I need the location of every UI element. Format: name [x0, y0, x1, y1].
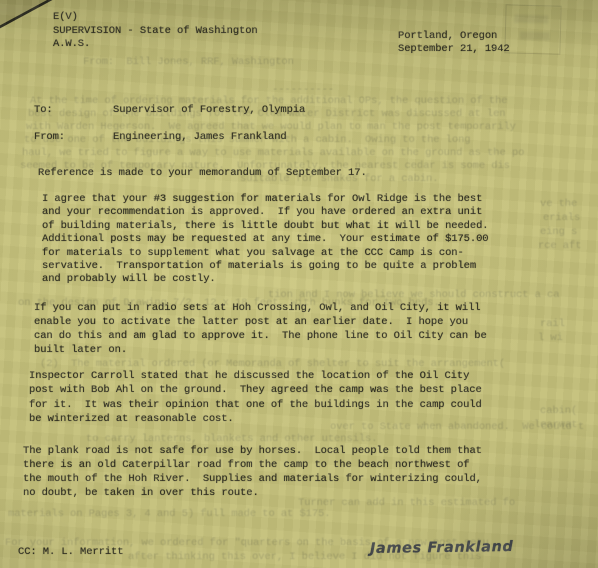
stamp-smudge — [520, 32, 550, 41]
dateline-city: Portland, Oregon — [398, 30, 497, 43]
reference-line: Reference is made to your memorandum of … — [38, 167, 367, 180]
cc-line: CC: M. L. Merritt — [18, 546, 123, 559]
to-value: Supervisor of Forestry, Olympia — [113, 104, 305, 117]
body-paragraph-4: The plank road is not safe for use by ho… — [23, 444, 583, 500]
bleedthrough-text: From: Bill Jones, RRF, Washington — [83, 56, 294, 68]
bleedthrough-text: haul, we tried to figure a way to use ma… — [22, 147, 524, 159]
from-value: Engineering, James Frankland — [113, 131, 287, 144]
dateline-date: September 21, 1942 — [398, 43, 510, 56]
stamp-smudge — [514, 15, 548, 24]
org-line: A.W.S. — [53, 38, 90, 51]
body-paragraph-2: If you can put in radio sets at Hoh Cros… — [34, 302, 594, 358]
bleedthrough-text: materials on Pages 3, 4 and 5) full made… — [8, 508, 330, 520]
from-label: From: — [34, 131, 65, 144]
subject-line: SUPERVISION - State of Washington — [53, 25, 258, 38]
to-label: To: — [34, 104, 53, 117]
body-paragraph-3: Inspector Carroll stated that he discuss… — [29, 369, 589, 427]
body-paragraph-1: I agree that your #3 suggestion for mate… — [42, 193, 598, 287]
signature-stamp: James Frankland — [370, 539, 514, 557]
memo-page: From: Bill Jones, RRF, Washington-------… — [0, 0, 598, 568]
file-classification: E(V) — [53, 11, 78, 24]
receiving-stamp-ghost — [504, 4, 561, 54]
